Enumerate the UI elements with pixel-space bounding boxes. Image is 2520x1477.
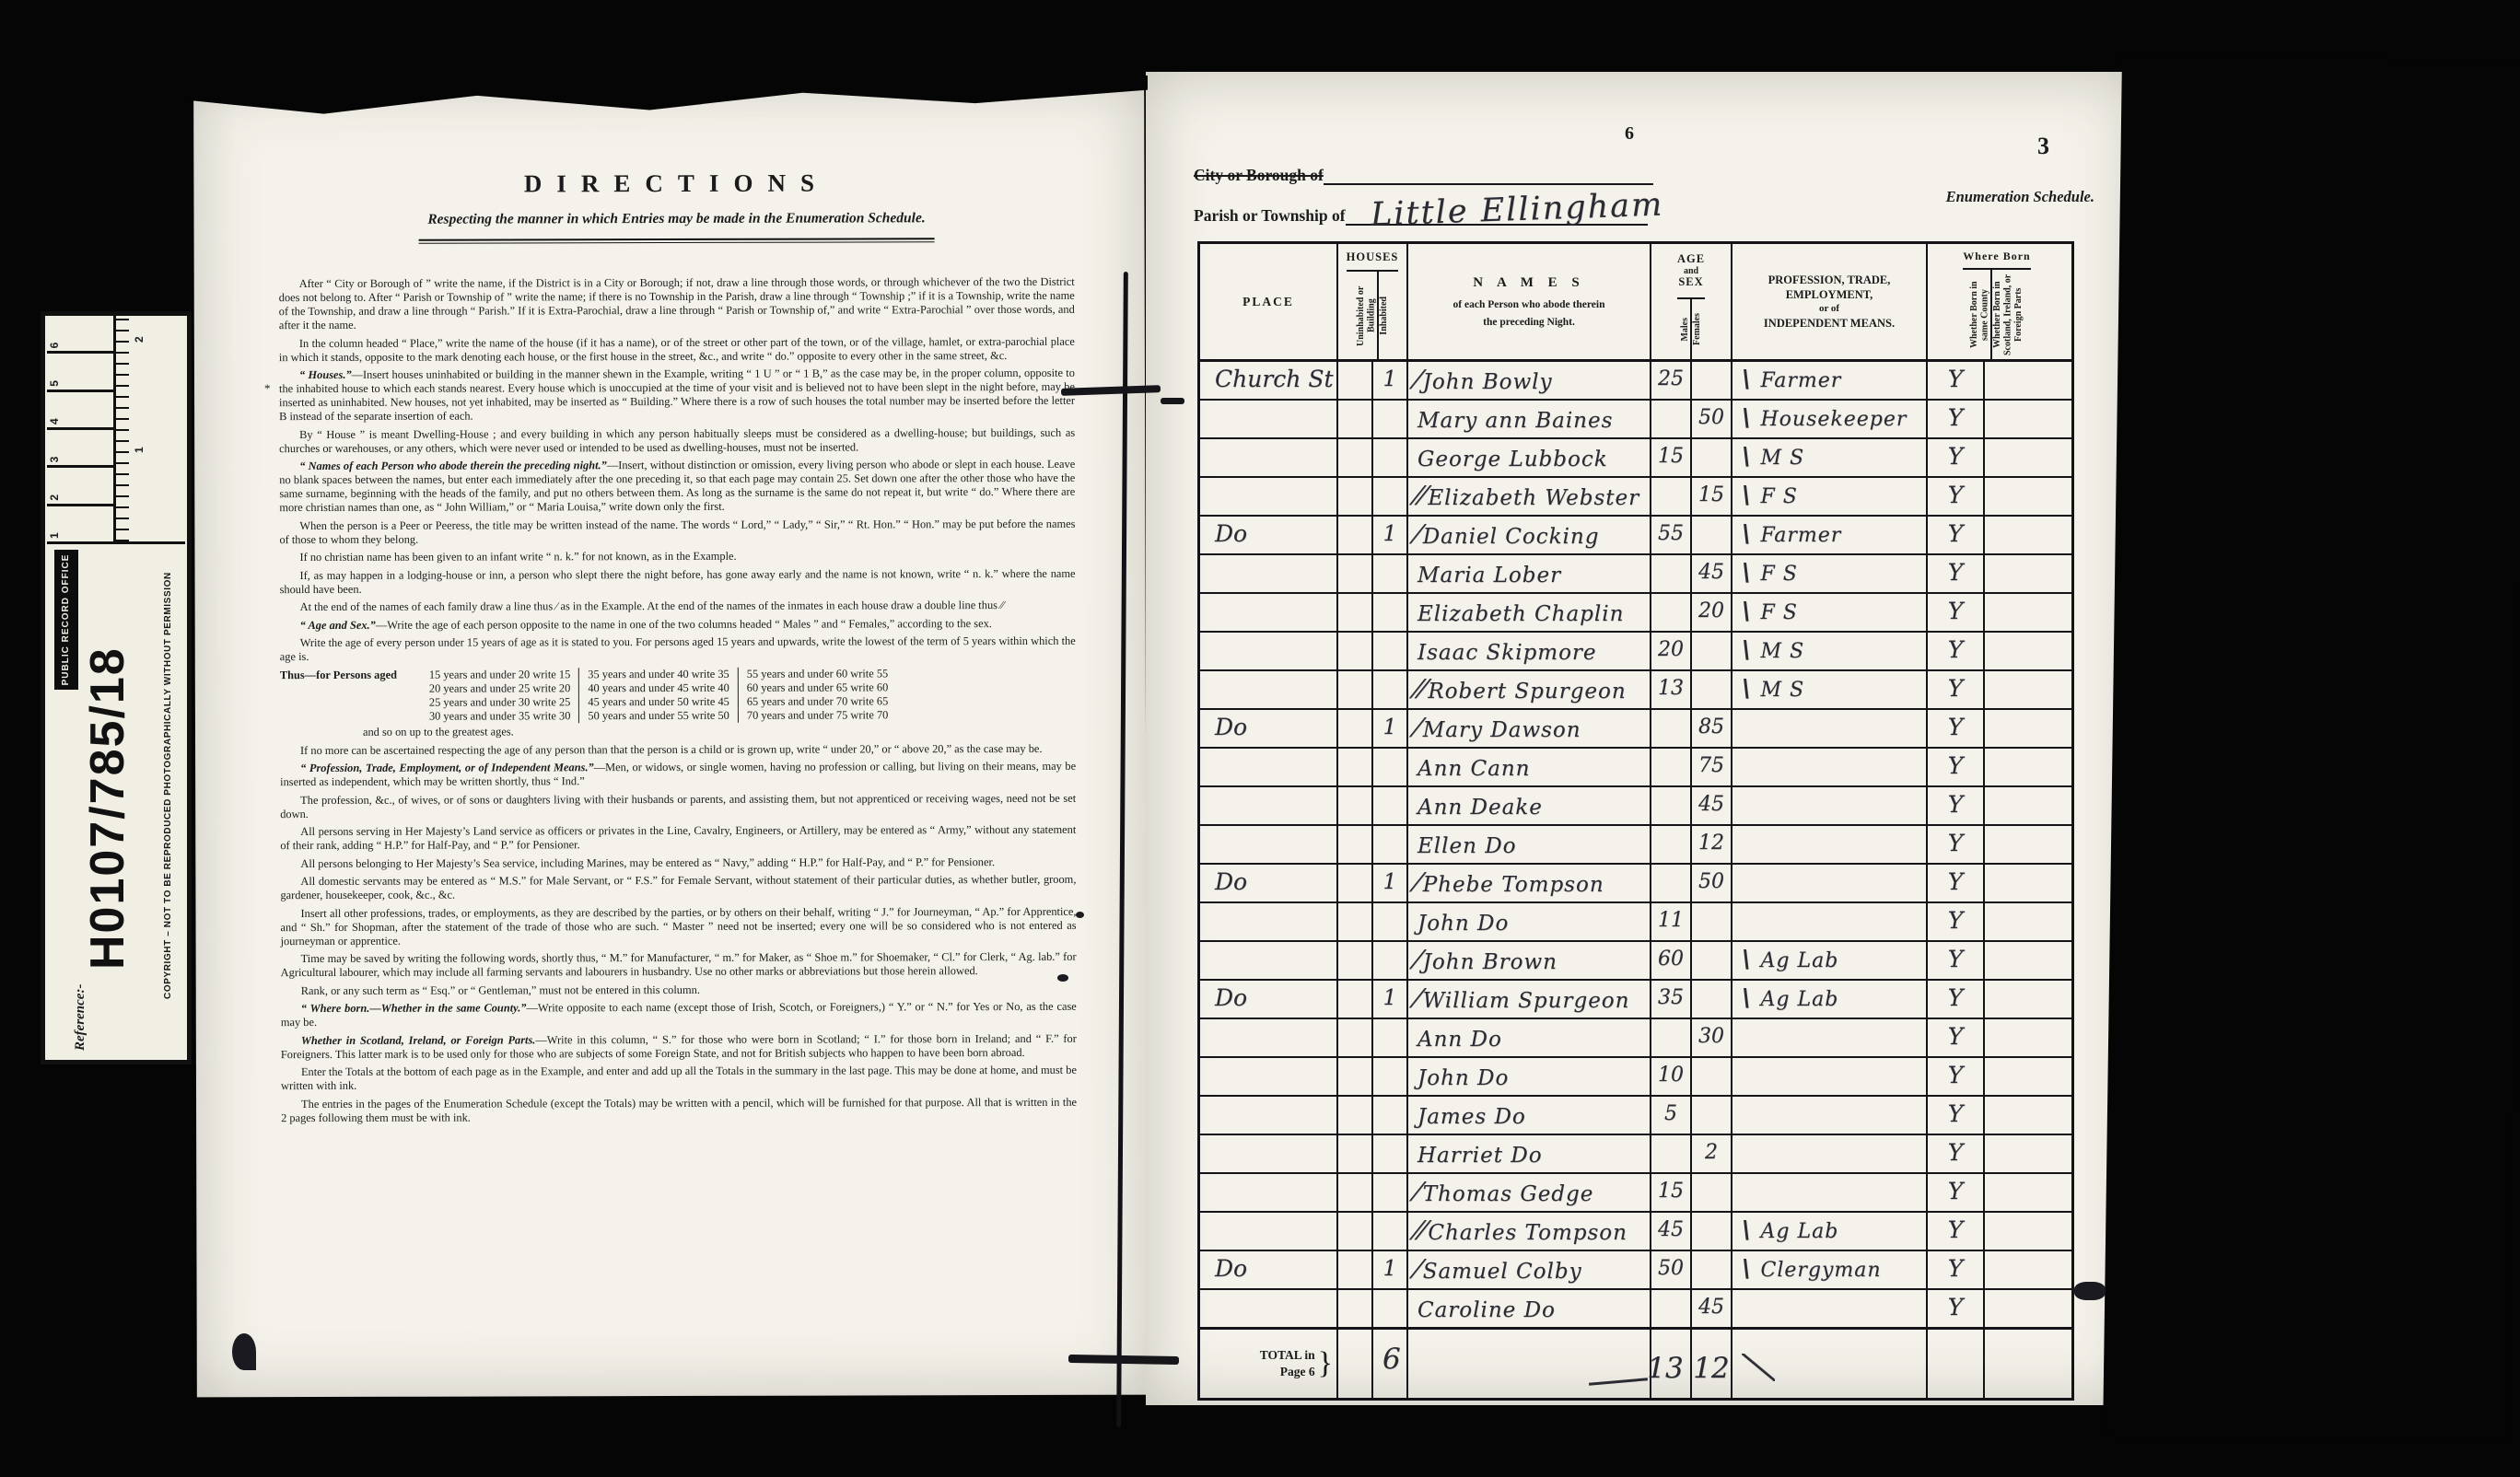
inhabited-cell: 1 xyxy=(1373,865,1408,903)
paragraph-text: By “ House ” is meant Dwelling-House ; a… xyxy=(279,425,1075,454)
age-female-cell: 2 xyxy=(1692,1135,1732,1174)
born-county-cell: Y xyxy=(1928,981,1985,1019)
directions-paragraph: Insert all other professions, trades, or… xyxy=(280,904,1076,948)
age-male-cell: 5 xyxy=(1651,1097,1692,1135)
family-separator-mark: ⁄ xyxy=(1416,867,1421,898)
born-county-cell: Y xyxy=(1928,517,1985,555)
age-female-cell xyxy=(1692,1251,1732,1290)
age-male-cell: 55 xyxy=(1651,517,1692,555)
profession-text: Clergyman xyxy=(1761,1259,1882,1282)
uninhabited-cell xyxy=(1338,478,1373,517)
age-male-cell xyxy=(1651,787,1692,826)
born-county-cell: Y xyxy=(1928,401,1985,439)
header-profession: PROFESSION, TRADE, EMPLOYMENT, or of IND… xyxy=(1732,244,1928,359)
inhabited-cell xyxy=(1373,671,1408,710)
ruler-cm-box: 4 xyxy=(47,390,113,427)
uninhabited-cell xyxy=(1338,981,1373,1019)
paragraph-lead: “ Age and Sex.” xyxy=(300,618,376,631)
age-male-cell xyxy=(1651,865,1692,903)
born-elsewhere-cell xyxy=(1985,749,2066,787)
person-name: Daniel Cocking xyxy=(1423,525,1600,549)
parish-township-line: Parish or Township of Little Ellingham xyxy=(1194,206,1648,226)
profession-text: Ag Lab xyxy=(1761,988,1839,1011)
person-name: Elizabeth Webster xyxy=(1428,486,1639,510)
directions-paragraph: The profession, &c., of wives, or of son… xyxy=(280,791,1076,820)
born-county-cell: Y xyxy=(1928,710,1985,749)
age-male-cell: 35 xyxy=(1651,981,1692,1019)
table-row: James Do 5 Y xyxy=(1200,1097,2071,1135)
uninhabited-cell xyxy=(1338,1174,1373,1213)
pen-flourish xyxy=(1742,1354,1775,1381)
person-name: James Do xyxy=(1417,1105,1526,1129)
name-cell: Ann Deake xyxy=(1408,787,1651,826)
age-female-cell: 45 xyxy=(1692,1290,1732,1329)
ruler-cm-box: 6 xyxy=(47,313,113,351)
age-male-cell xyxy=(1651,1019,1692,1058)
born-elsewhere-cell xyxy=(1985,865,2066,903)
total-names-cell xyxy=(1408,1330,1651,1398)
place-cell xyxy=(1200,1019,1338,1058)
directions-body: After “ City or Borough of ” write the n… xyxy=(279,275,1077,1129)
directions-paragraph: All domestic servants may be entered as … xyxy=(280,873,1076,902)
person-name: Isaac Skipmore xyxy=(1417,641,1597,665)
age-male-cell: 11 xyxy=(1651,903,1692,942)
directions-paragraph: Enter the Totals at the bottom of each p… xyxy=(281,1064,1077,1093)
total-females-cell: 12 xyxy=(1692,1330,1732,1398)
born-elsewhere-cell xyxy=(1985,555,2066,594)
profession-cell: \Farmer xyxy=(1732,362,1928,401)
name-cell: Maria Lober xyxy=(1408,555,1651,594)
paragraph-text: —Insert houses uninhabited or building i… xyxy=(279,366,1075,423)
uninhabited-cell xyxy=(1338,1213,1373,1251)
directions-paragraph: The entries in the pages of the Enumerat… xyxy=(281,1095,1077,1124)
born-county-cell: Y xyxy=(1928,787,1985,826)
born-county-cell: Y xyxy=(1928,1019,1985,1058)
person-name: Mary ann Baines xyxy=(1417,409,1613,433)
family-separator-mark: ⁄ xyxy=(1416,1177,1421,1207)
directions-paragraph: If no christian name has been given to a… xyxy=(279,549,1075,564)
born-elsewhere-cell xyxy=(1985,1019,2066,1058)
name-cell: John Do xyxy=(1408,903,1651,942)
table-row: Isaac Skipmore 20 \M S Y xyxy=(1200,633,2071,671)
inhabited-cell xyxy=(1373,787,1408,826)
profession-cell xyxy=(1732,1135,1928,1174)
uninhabited-cell xyxy=(1338,1135,1373,1174)
reference-code: H0107/785/18 xyxy=(80,646,135,970)
ruler-cm-box: 5 xyxy=(47,351,113,389)
age-male-cell xyxy=(1651,594,1692,633)
header-inhabited: Inhabited xyxy=(1379,272,1390,359)
table-rows: Church St 1 ⁄John Bowly 25 \Farmer Y xyxy=(1200,362,2071,1327)
age-range: 55 years and under 60 write 55 xyxy=(739,667,889,680)
inhabited-cell: 1 xyxy=(1373,981,1408,1019)
age-male-cell: 15 xyxy=(1651,1174,1692,1213)
table-row: Mary ann Baines 50 \Housekeeper Y xyxy=(1200,401,2071,439)
ruler-cm-box: 2 xyxy=(47,465,113,503)
name-cell: ⁄⁄Elizabeth Webster xyxy=(1408,478,1651,517)
profession-cell: \M S xyxy=(1732,633,1928,671)
paragraph-text: If no christian name has been given to a… xyxy=(299,550,736,564)
table-row: Do 1 ⁄William Spurgeon 35 \Ag Lab Y xyxy=(1200,981,2071,1019)
directions-paragraph: “ Age and Sex.”—Write the age of each pe… xyxy=(280,616,1076,632)
name-cell: ⁄John Brown xyxy=(1408,942,1651,981)
person-name: Maria Lober xyxy=(1417,564,1561,587)
directions-paragraph: Time may be saved by writing the followi… xyxy=(281,950,1077,980)
age-female-cell: 20 xyxy=(1692,594,1732,633)
uninhabited-cell xyxy=(1338,401,1373,439)
person-name: Harriet Do xyxy=(1417,1144,1543,1168)
inhabited-cell xyxy=(1373,1058,1408,1097)
uninhabited-cell xyxy=(1338,439,1373,478)
ruler-cm-scale: 123456 xyxy=(47,313,116,541)
uninhabited-cell xyxy=(1338,942,1373,981)
born-elsewhere-cell xyxy=(1985,633,2066,671)
table-row: Maria Lober 45 \F S Y xyxy=(1200,555,2071,594)
age-male-cell: 20 xyxy=(1651,633,1692,671)
profession-cell xyxy=(1732,1019,1928,1058)
person-name: William Spurgeon xyxy=(1423,989,1630,1013)
inhabited-cell xyxy=(1373,749,1408,787)
name-cell: Ellen Do xyxy=(1408,826,1651,865)
name-cell: Elizabeth Chaplin xyxy=(1408,594,1651,633)
age-table-lead: Thus—for Persons aged xyxy=(280,668,429,723)
table-row: Ann Cann 75 Y xyxy=(1200,749,2071,787)
inhabited-cell xyxy=(1373,942,1408,981)
profession-cell xyxy=(1732,1290,1928,1329)
born-elsewhere-cell xyxy=(1985,1290,2066,1329)
age-female-cell: 45 xyxy=(1692,787,1732,826)
place-cell xyxy=(1200,826,1338,865)
person-name: Robert Spurgeon xyxy=(1428,680,1626,704)
uninhabited-cell xyxy=(1338,1058,1373,1097)
person-name: Phebe Tompson xyxy=(1423,873,1604,897)
uninhabited-cell xyxy=(1338,787,1373,826)
profession-cell xyxy=(1732,787,1928,826)
pen-tick: \ xyxy=(1742,636,1752,664)
age-range: 45 years and under 50 write 45 xyxy=(578,694,739,708)
ruler-inch-label: 1 xyxy=(133,447,146,453)
table-row: Do 1 ⁄Mary Dawson 85 Y xyxy=(1200,710,2071,749)
total-label-line2: Page 6 xyxy=(1260,1364,1315,1380)
inhabited-cell xyxy=(1373,826,1408,865)
table-row: John Do 11 Y xyxy=(1200,903,2071,942)
binding-pin xyxy=(1161,398,1184,404)
born-county-cell: Y xyxy=(1928,671,1985,710)
reference-strip: Reference:- H0107/785/18 PUBLIC RECORD O… xyxy=(41,311,192,1064)
place-cell xyxy=(1200,439,1338,478)
pen-tick: \ xyxy=(1742,675,1752,703)
pen-tick: \ xyxy=(1742,1255,1752,1283)
paragraph-text: At the end of the names of each family d… xyxy=(300,599,1005,613)
person-name: John Do xyxy=(1417,1066,1509,1090)
place-cell xyxy=(1200,749,1338,787)
table-row: Ellen Do 12 Y xyxy=(1200,826,2071,865)
born-county-cell: Y xyxy=(1928,633,1985,671)
inhabited-cell xyxy=(1373,1290,1408,1329)
paragraph-text: All persons belonging to Her Majesty’s S… xyxy=(300,855,995,870)
place-cell xyxy=(1200,1213,1338,1251)
paragraph-text: In the column headed “ Place,” write the… xyxy=(279,334,1075,363)
age-female-cell: 45 xyxy=(1692,555,1732,594)
age-table: Thus—for Persons aged 15 years and under… xyxy=(280,666,1076,723)
profession-text: M S xyxy=(1761,679,1805,702)
born-elsewhere-cell xyxy=(1985,478,2066,517)
inhabited-cell: 1 xyxy=(1373,710,1408,749)
age-male-cell xyxy=(1651,826,1692,865)
born-county-cell: Y xyxy=(1928,942,1985,981)
born-elsewhere-cell xyxy=(1985,401,2066,439)
name-cell: ⁄Thomas Gedge xyxy=(1408,1174,1651,1213)
paragraph-text: Insert all other professions, trades, or… xyxy=(281,904,1077,947)
name-cell: ⁄Daniel Cocking xyxy=(1408,517,1651,555)
pen-tick: \ xyxy=(1742,559,1752,587)
place-cell xyxy=(1200,1135,1338,1174)
age-male-cell xyxy=(1651,710,1692,749)
paragraph-lead: “ Where born.—Whether in the same County… xyxy=(301,1001,527,1015)
inhabited-cell xyxy=(1373,401,1408,439)
place-cell: Do xyxy=(1200,710,1338,749)
pen-tick: \ xyxy=(1742,1216,1752,1244)
divider-rule xyxy=(419,238,935,243)
paragraph-text: If no more can be ascertained respecting… xyxy=(300,741,1042,756)
inhabited-cell xyxy=(1373,1019,1408,1058)
ink-speck xyxy=(1057,974,1068,982)
profession-text: F S xyxy=(1761,563,1798,586)
paragraph-text: Time may be saved by writing the followi… xyxy=(281,950,1077,979)
age-male-cell: 15 xyxy=(1651,439,1692,478)
born-county-cell: Y xyxy=(1928,1213,1985,1251)
profession-text: Farmer xyxy=(1761,524,1842,547)
header-males: Males xyxy=(1680,299,1693,359)
profession-text: Ag Lab xyxy=(1761,1220,1839,1243)
ink-speck xyxy=(232,1333,256,1370)
inhabited-cell xyxy=(1373,555,1408,594)
age-table-footer: and so on up to the greatest ages. xyxy=(280,723,1076,738)
age-range: 70 years and under 75 write 70 xyxy=(739,708,889,722)
directions-paragraph: Write the age of every person under 15 y… xyxy=(280,634,1076,664)
table-row: Do 1 ⁄Daniel Cocking 55 \Farmer Y xyxy=(1200,517,2071,555)
name-cell: Caroline Do xyxy=(1408,1290,1651,1329)
place-cell: Do xyxy=(1200,517,1338,555)
directions-paragraph: In the column headed “ Place,” write the… xyxy=(279,334,1075,364)
header-where-born: Where Born xyxy=(1963,244,2030,270)
total-uninhabited-cell xyxy=(1338,1330,1373,1398)
family-separator-mark: ⁄ xyxy=(1416,945,1421,975)
age-male-cell: 60 xyxy=(1651,942,1692,981)
age-female-cell xyxy=(1692,1097,1732,1135)
born-elsewhere-cell xyxy=(1985,1058,2066,1097)
ink-speck xyxy=(2074,1282,2106,1300)
born-county-cell: Y xyxy=(1928,1251,1985,1290)
age-male-cell: 50 xyxy=(1651,1251,1692,1290)
schedule-page: 6 3 Enumeration Schedule. City or Boroug… xyxy=(1146,72,2137,1405)
table-row: Church St 1 ⁄John Bowly 25 \Farmer Y xyxy=(1200,362,2071,401)
born-county-cell: Y xyxy=(1928,826,1985,865)
ink-speck xyxy=(1076,912,1084,918)
born-elsewhere-cell xyxy=(1985,903,2066,942)
age-female-cell: 75 xyxy=(1692,749,1732,787)
table-row: ⁄⁄Robert Spurgeon 13 \M S Y xyxy=(1200,671,2071,710)
age-range: 65 years and under 70 write 65 xyxy=(739,694,889,708)
microfilm-scan: Reference:- H0107/785/18 PUBLIC RECORD O… xyxy=(0,0,2520,1477)
ruler: 123456 1 2 xyxy=(47,313,185,544)
place-cell xyxy=(1200,942,1338,981)
profession-cell: \F S xyxy=(1732,594,1928,633)
uninhabited-cell xyxy=(1338,671,1373,710)
uninhabited-cell xyxy=(1338,633,1373,671)
directions-paragraph: Rank, or any such term as “ Esq.” or “ G… xyxy=(281,982,1077,997)
person-name: Ann Do xyxy=(1417,1028,1502,1052)
paragraph-text: If, as may happen in a lodging-house or … xyxy=(280,566,1076,595)
table-row: ⁄⁄Charles Tompson 45 \Ag Lab Y xyxy=(1200,1213,2071,1251)
age-female-cell: 85 xyxy=(1692,710,1732,749)
person-name: Mary Dawson xyxy=(1423,718,1581,742)
uninhabited-cell xyxy=(1338,1251,1373,1290)
place-cell: Do xyxy=(1200,865,1338,903)
paragraph-lead: Whether in Scotland, Ireland, or Foreign… xyxy=(301,1033,536,1047)
profession-cell xyxy=(1732,1174,1928,1213)
page-subtitle: Respecting the manner in which Entries m… xyxy=(279,210,1075,228)
born-elsewhere-cell xyxy=(1985,1251,2066,1290)
family-separator-mark: ⁄⁄ xyxy=(1416,674,1426,704)
inhabited-cell xyxy=(1373,478,1408,517)
family-separator-mark: ⁄⁄ xyxy=(1416,1215,1426,1246)
born-elsewhere-cell xyxy=(1985,826,2066,865)
born-elsewhere-cell xyxy=(1985,787,2066,826)
directions-paragraph: “ Profession, Trade, Employment, or of I… xyxy=(280,760,1076,789)
paragraph-text: The profession, &c., of wives, or of son… xyxy=(280,791,1076,820)
profession-text: M S xyxy=(1761,640,1805,663)
uninhabited-cell xyxy=(1338,594,1373,633)
age-female-cell: 30 xyxy=(1692,1019,1732,1058)
born-elsewhere-cell xyxy=(1985,1213,2066,1251)
place-cell: Do xyxy=(1200,1251,1338,1290)
header-uninhabited: Uninhabited or Building xyxy=(1356,272,1379,359)
paragraph-text: Enter the Totals at the bottom of each p… xyxy=(281,1064,1077,1092)
person-name: Ellen Do xyxy=(1417,834,1517,858)
age-female-cell xyxy=(1692,942,1732,981)
header-houses-group: HOUSES Uninhabited or Building Inhabited xyxy=(1338,244,1408,359)
city-borough-label: City or Borough of xyxy=(1194,166,1324,184)
born-elsewhere-cell xyxy=(1985,710,2066,749)
age-female-cell xyxy=(1692,1058,1732,1097)
header-names: N A M E S of each Person who abode there… xyxy=(1408,244,1651,359)
paragraph-text: Rank, or any such term as “ Esq.” or “ G… xyxy=(301,983,700,996)
person-name: Charles Tompson xyxy=(1428,1221,1627,1245)
paragraph-lead: “ Profession, Trade, Employment, or of I… xyxy=(300,761,594,774)
public-record-office-label: PUBLIC RECORD OFFICE xyxy=(54,550,78,690)
born-elsewhere-cell xyxy=(1985,439,2066,478)
pen-tick: \ xyxy=(1742,482,1752,509)
age-female-cell xyxy=(1692,517,1732,555)
age-range: 30 years and under 35 write 30 xyxy=(429,709,579,723)
directions-paragraph: At the end of the names of each family d… xyxy=(280,599,1076,614)
profession-cell: \Ag Lab xyxy=(1732,981,1928,1019)
name-cell: ⁄William Spurgeon xyxy=(1408,981,1651,1019)
paragraph-text: All persons serving in Her Majesty’s Lan… xyxy=(280,823,1076,852)
age-female-cell xyxy=(1692,1213,1732,1251)
age-male-cell: 25 xyxy=(1651,362,1692,401)
inhabited-cell xyxy=(1373,594,1408,633)
place-cell xyxy=(1200,1097,1338,1135)
uninhabited-cell xyxy=(1338,1097,1373,1135)
total-row: TOTAL in Page 6 } 6 13 12 xyxy=(1200,1327,2071,1398)
profession-text: F S xyxy=(1761,485,1798,508)
header-place: PLACE xyxy=(1200,244,1338,359)
name-cell: Ann Cann xyxy=(1408,749,1651,787)
age-female-cell xyxy=(1692,671,1732,710)
paragraph-text: When the person is a Peer or Peeress, th… xyxy=(279,517,1075,545)
paragraph-lead: “ Houses.” xyxy=(299,368,352,381)
profession-text: F S xyxy=(1761,601,1798,624)
name-cell: Isaac Skipmore xyxy=(1408,633,1651,671)
inhabited-cell: 1 xyxy=(1373,1251,1408,1290)
born-county-cell: Y xyxy=(1928,1174,1985,1213)
directions-paragraph: All persons belonging to Her Majesty’s S… xyxy=(280,855,1076,870)
profession-cell xyxy=(1732,1058,1928,1097)
age-female-cell xyxy=(1692,362,1732,401)
inhabited-cell xyxy=(1373,633,1408,671)
total-inhabited-cell: 6 xyxy=(1373,1330,1408,1398)
age-range: 40 years and under 45 write 40 xyxy=(578,680,739,694)
name-cell: James Do xyxy=(1408,1097,1651,1135)
place-cell xyxy=(1200,478,1338,517)
name-cell: George Lubbock xyxy=(1408,439,1651,478)
family-separator-mark: ⁄ xyxy=(1416,519,1421,550)
table-row: John Do 10 Y xyxy=(1200,1058,2071,1097)
uninhabited-cell xyxy=(1338,555,1373,594)
header-age-sex-group: AGE and SEX Males Females xyxy=(1651,244,1732,359)
born-county-cell: Y xyxy=(1928,1135,1985,1174)
profession-text: M S xyxy=(1761,447,1805,470)
profession-cell: \F S xyxy=(1732,555,1928,594)
profession-cell: \Farmer xyxy=(1732,517,1928,555)
age-female-cell: 50 xyxy=(1692,865,1732,903)
person-name: John Brown xyxy=(1423,950,1557,974)
ruler-cm-box: 3 xyxy=(47,427,113,465)
table-row: George Lubbock 15 \M S Y xyxy=(1200,439,2071,478)
table-row: Elizabeth Chaplin 20 \F S Y xyxy=(1200,594,2071,633)
pen-tick: \ xyxy=(1742,520,1752,548)
table-row: Ann Do 30 Y xyxy=(1200,1019,2071,1058)
age-female-cell: 15 xyxy=(1692,478,1732,517)
born-county-cell: Y xyxy=(1928,749,1985,787)
directions-paragraph: By “ House ” is meant Dwelling-House ; a… xyxy=(279,425,1075,455)
place-cell xyxy=(1200,671,1338,710)
header-age-sex: AGE and SEX xyxy=(1677,244,1705,299)
pen-tick: \ xyxy=(1742,598,1752,625)
profession-cell xyxy=(1732,903,1928,942)
person-name: Ann Deake xyxy=(1417,796,1543,820)
directions-header: DIRECTIONS Respecting the manner in whic… xyxy=(278,169,1074,244)
total-males-cell: 13 xyxy=(1640,1330,1692,1398)
reference-strip-inner: Reference:- H0107/785/18 PUBLIC RECORD O… xyxy=(41,311,192,1064)
age-female-cell: 50 xyxy=(1692,401,1732,439)
pen-dash xyxy=(1589,1378,1648,1386)
parish-name-handwritten: Little Ellingham xyxy=(1370,186,1663,233)
paragraph-text: All domestic servants may be entered as … xyxy=(280,873,1076,901)
name-cell: Harriet Do xyxy=(1408,1135,1651,1174)
place-cell xyxy=(1200,903,1338,942)
place-cell: Do xyxy=(1200,981,1338,1019)
table-row: Caroline Do 45 Y xyxy=(1200,1290,2071,1327)
total-brace: } xyxy=(1318,1346,1333,1381)
uninhabited-cell xyxy=(1338,826,1373,865)
uninhabited-cell xyxy=(1338,1019,1373,1058)
age-male-cell: 45 xyxy=(1651,1213,1692,1251)
uninhabited-cell xyxy=(1338,1290,1373,1329)
table-row: ⁄Thomas Gedge 15 Y xyxy=(1200,1174,2071,1213)
